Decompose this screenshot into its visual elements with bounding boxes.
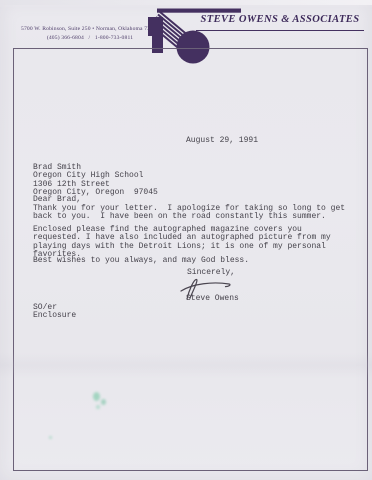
recipient-address-block: Brad Smith Oregon City High School 1306 … bbox=[33, 164, 158, 197]
letterhead-phone-line: (405) 366-6804 / 1-800-733-0811 bbox=[47, 35, 133, 41]
body-paragraph-1: Thank you for your letter. I apologize f… bbox=[33, 205, 345, 222]
enclosure-note: Enclosure bbox=[33, 311, 76, 320]
body-paragraph-3: Best wishes to you always, and may God b… bbox=[33, 257, 249, 265]
letter-date: August 29, 1991 bbox=[186, 137, 258, 145]
green-smudge bbox=[101, 399, 106, 405]
scanned-letter-page: 5700 W. Robinson, Suite 250 • Norman, Ok… bbox=[0, 0, 372, 480]
paper-crease bbox=[0, 352, 372, 378]
signature-name: Steve Owens bbox=[186, 295, 239, 303]
notations-block: SO/erEnclosure bbox=[33, 304, 76, 321]
body-paragraph-2: Enclosed please find the autographed mag… bbox=[33, 226, 331, 259]
green-smudge bbox=[49, 436, 52, 439]
green-smudge bbox=[96, 405, 100, 409]
green-smudge bbox=[93, 392, 100, 401]
